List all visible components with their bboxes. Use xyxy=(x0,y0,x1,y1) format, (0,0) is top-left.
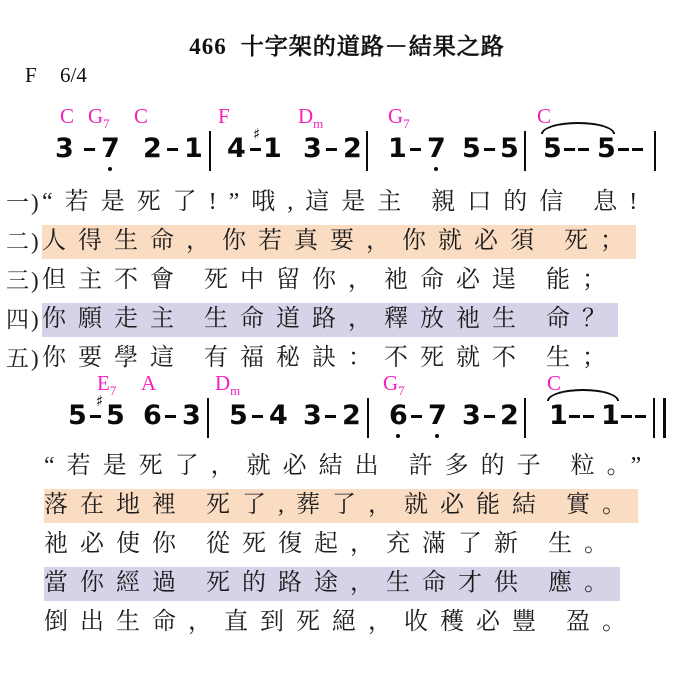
sustain-dash xyxy=(564,148,575,151)
sustain-dash xyxy=(618,148,629,151)
note-row-2: 5♯5635432673211 xyxy=(0,402,694,448)
note-number: 7 xyxy=(428,402,447,430)
note-number: 4 xyxy=(227,135,246,163)
refrain-line: 倒出生命，直到死絕，收穫必豐 盈。 xyxy=(0,606,694,640)
refrain-text: 當你經過 死的路途，生命才供 應。 xyxy=(44,567,620,601)
sustain-dash xyxy=(84,148,95,151)
sustain-dash xyxy=(632,148,643,151)
refrain-text: 倒出生命，直到死絕，收穫必豐 盈。 xyxy=(44,606,638,640)
sustain-dash xyxy=(410,148,421,151)
sustain-dash xyxy=(484,148,495,151)
chord-label: G7 xyxy=(88,104,110,129)
note-number: 1 xyxy=(601,402,620,430)
chord-label: C xyxy=(134,104,148,129)
chord-label: G7 xyxy=(383,371,405,396)
barline xyxy=(654,131,656,171)
sustain-dash xyxy=(250,148,261,151)
refrain-line: 落在地裡 死了,葬了，就必能結 實。 xyxy=(0,489,694,523)
chord-label: F xyxy=(218,104,230,129)
verse-text: 但主不會 死中留你，祂命必逞 能； xyxy=(42,264,618,298)
chord-label: Dm xyxy=(298,104,323,129)
barline xyxy=(207,398,209,438)
verse-line: 三)但主不會 死中留你，祂命必逞 能； xyxy=(0,264,694,298)
barline xyxy=(524,131,526,171)
note-number: 7 xyxy=(427,135,446,163)
verse-line: 四)你願走主 生命道路，釋放祂生 命？ xyxy=(0,303,694,337)
verse-line: 一)“若是死了!”哦,這是主 親口的信 息! xyxy=(0,186,694,220)
note-number: 1 xyxy=(388,135,407,163)
sustain-dash xyxy=(167,148,178,151)
key-letter: F xyxy=(25,63,37,88)
sustain-dash xyxy=(583,415,594,418)
time-signature: 6/4 xyxy=(60,63,87,88)
note-number: 2 xyxy=(343,135,362,163)
sustain-dash xyxy=(411,415,422,418)
verse-marker: 二) xyxy=(6,225,41,259)
refrain-text: “若是死了，就必結出 許多的子 粒。” xyxy=(44,450,653,484)
chord-suffix: 7 xyxy=(110,383,117,398)
note-row-1: 37214♯132175555 xyxy=(0,135,694,181)
note-number: 6 xyxy=(143,402,162,430)
chord-label: C xyxy=(60,104,74,129)
sustain-dash xyxy=(90,415,101,418)
barline xyxy=(367,398,369,438)
verse-text: 人得生命，你若真要，你就必須 死； xyxy=(42,225,636,259)
sustain-dash xyxy=(635,415,646,418)
refrain-line: 祂必使你 從死復起，充滿了新 生。 xyxy=(0,528,694,562)
note-number: 1 xyxy=(184,135,203,163)
verse-text: “若是死了!”哦,這是主 親口的信 息! xyxy=(42,186,649,220)
hymn-title: 十字架的道路－結果之路 xyxy=(241,34,505,59)
note-number: 3 xyxy=(462,402,481,430)
note-number: 5 xyxy=(462,135,481,163)
note-number: ♯1 xyxy=(263,135,282,163)
chord-suffix: 7 xyxy=(403,116,410,131)
sharp-icon: ♯ xyxy=(253,127,260,141)
refrain-line: 當你經過 死的路途，生命才供 應。 xyxy=(0,567,694,601)
note-number: 2 xyxy=(500,402,519,430)
verse-marker: 三) xyxy=(6,264,41,298)
chord-suffix: 7 xyxy=(398,383,405,398)
music-system-1: CG7CFDmG7C 37214♯132175555 xyxy=(0,102,694,181)
chord-label: A xyxy=(141,371,156,396)
chord-label: Dm xyxy=(215,371,240,396)
barline xyxy=(524,398,526,438)
music-system-2: E7ADmG7C 5♯5635432673211 xyxy=(0,369,694,448)
refrain-text: 落在地裡 死了,葬了，就必能結 實。 xyxy=(44,489,638,523)
note-number: 5 xyxy=(597,135,616,163)
sustain-dash xyxy=(621,415,632,418)
note-number: 3 xyxy=(182,402,201,430)
hymn-number: 466 xyxy=(189,34,227,59)
note-number: 6 xyxy=(389,402,408,430)
note-number: 5 xyxy=(229,402,248,430)
chord-suffix: 7 xyxy=(103,116,110,131)
sharp-icon: ♯ xyxy=(96,394,103,408)
note-number: ♯5 xyxy=(106,402,125,430)
verse-text: 你願走主 生命道路，釋放祂生 命？ xyxy=(42,303,618,337)
verse-line: 二)人得生命，你若真要，你就必須 死； xyxy=(0,225,694,259)
sustain-dash xyxy=(165,415,176,418)
note-number: 1 xyxy=(549,402,568,430)
note-number: 2 xyxy=(342,402,361,430)
verse-marker: 一) xyxy=(6,186,41,220)
note-number: 3 xyxy=(55,135,74,163)
verse-marker: 四) xyxy=(6,303,41,337)
chord-suffix: m xyxy=(230,383,240,398)
sustain-dash xyxy=(326,148,337,151)
note-number: 3 xyxy=(303,135,322,163)
final-barline xyxy=(653,398,666,438)
hymn-sheet: 466十字架的道路－結果之路 F 6/4 CG7CFDmG7C 37214♯13… xyxy=(0,0,694,682)
sustain-dash xyxy=(252,415,263,418)
refrain-line: “若是死了，就必結出 許多的子 粒。” xyxy=(0,450,694,484)
chord-label: G7 xyxy=(388,104,410,129)
note-number: 5 xyxy=(543,135,562,163)
note-number: 5 xyxy=(68,402,87,430)
barline xyxy=(209,131,211,171)
sustain-dash xyxy=(578,148,589,151)
barline xyxy=(366,131,368,171)
sustain-dash xyxy=(569,415,580,418)
note-number: 5 xyxy=(500,135,519,163)
refrain-text: 祂必使你 從死復起，充滿了新 生。 xyxy=(44,528,620,562)
sustain-dash xyxy=(325,415,336,418)
note-number: 4 xyxy=(269,402,288,430)
note-number: 7 xyxy=(101,135,120,163)
note-number: 2 xyxy=(143,135,162,163)
note-number: 3 xyxy=(303,402,322,430)
sustain-dash xyxy=(484,415,495,418)
chord-suffix: m xyxy=(313,116,323,131)
page-title: 466十字架的道路－結果之路 xyxy=(0,28,694,61)
